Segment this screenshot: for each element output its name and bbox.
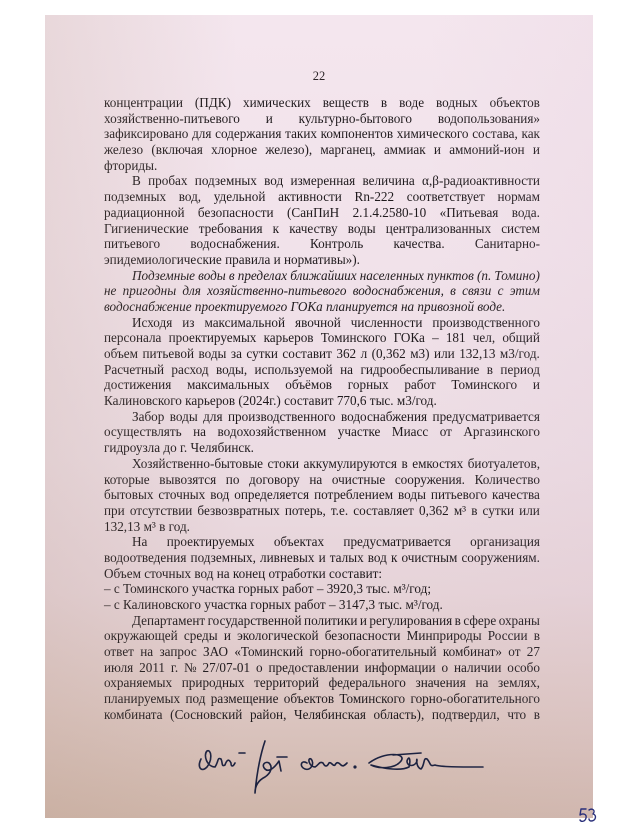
text-line: которыевывозятсяподоговорунаочистныесоор…: [104, 472, 540, 488]
text-line: июля2011г.№27/07-01опредоставленииинформ…: [104, 660, 540, 676]
italic-text-line: непригодныдляхозяйственно-питьевоговодос…: [104, 283, 540, 299]
text-line: хозяйственно-питьевогоикультурно-бытовог…: [104, 111, 540, 127]
text-line: Объем сточных вод на конец отработки сос…: [104, 566, 540, 582]
text-line: достижениямаксимальныхобъёмовгорныхработ…: [104, 377, 540, 393]
text-line: концентрации(ПДК)химическихвеществвводев…: [104, 95, 540, 111]
document-page: 22 концентрации(ПДК)химическихвеществвво…: [45, 15, 593, 818]
text-line: подземныхвод,удельнойактивностиRn-222соо…: [104, 189, 540, 205]
text-line: радиационнойбезопасности(СанПиН2.1.4.258…: [104, 205, 540, 221]
text-line: Гигиеническиетребованияккачествуводыцент…: [104, 221, 540, 237]
italic-text-line: Подземныеводывпределахближайшихнаселенны…: [104, 268, 540, 284]
text-line: Напроектируемыхобъектахпредусматривается…: [104, 534, 540, 550]
text-line: Департаментгосударственнойполитикиирегул…: [104, 613, 540, 629]
text-line: комбината(Сосновскийрайон,Челябинскаяобл…: [104, 707, 540, 723]
text-line: ответназапросЗАО«Томинскийгорно-обогатит…: [104, 644, 540, 660]
text-line: персоналапроектируемыхкарьеровТоминского…: [104, 330, 540, 346]
text-line: Исходяизмаксимальнойявочнойчисленностипр…: [104, 315, 540, 331]
text-line: бытовыхсточныхводопределяетсяпотребление…: [104, 487, 540, 503]
text-line: окружающейсредыиэкологическойбезопасност…: [104, 628, 540, 644]
text-line: охраняемыхприродныхтерриторийфедеральног…: [104, 675, 540, 691]
text-line: питьевоговодоснабжения.Контролькачества.…: [104, 236, 540, 252]
text-line: Калиновского карьеров (2024г.) составит …: [104, 393, 540, 409]
text-line: Заборводыдляпроизводственноговодоснабжен…: [104, 409, 540, 425]
text-line: планируемыхподразмещениеобъектовТоминско…: [104, 691, 540, 707]
text-line: 132,13 м³ в год.: [104, 519, 540, 535]
text-line: осуществлятьнаводохозяйственномучасткеМи…: [104, 424, 540, 440]
document-body: концентрации(ПДК)химическихвеществвводев…: [104, 95, 540, 723]
page-number: 22: [45, 69, 593, 84]
text-line: Впробахподземныхводизмереннаявеличинаα,β…: [104, 173, 540, 189]
text-line: фториды.: [104, 158, 540, 174]
text-line: железо(включаяхлорноежелезо),марганец,ам…: [104, 142, 540, 158]
text-line: объемпитьевойводызасуткисоставит362л(0,3…: [104, 346, 540, 362]
handwritten-signatures: [195, 737, 525, 807]
list-item: – с Томинского участка горных работ – 39…: [104, 581, 540, 597]
italic-text-line: водоснабжение проектируемого ГОКа планир…: [104, 299, 540, 315]
text-line: Расчетныйрасходводы,используемойнагидроо…: [104, 362, 540, 378]
archive-page-number: [578, 806, 598, 826]
text-line: эпидемиологические правила и нормативы»)…: [104, 252, 540, 268]
text-line: гидроузла до г. Челябинск.: [104, 440, 540, 456]
text-line: зафиксированодлясодержаниятакихкомпонент…: [104, 126, 540, 142]
list-item: – с Калиновского участка горных работ – …: [104, 597, 540, 613]
text-line: Хозяйственно-бытовыестокиаккумулируютсяв…: [104, 456, 540, 472]
text-line: водоотведенияподземных,ливневыхиталыхвод…: [104, 550, 540, 566]
text-line: приотсутствиибезвозвратныхпотерь,т.е.сос…: [104, 503, 540, 519]
